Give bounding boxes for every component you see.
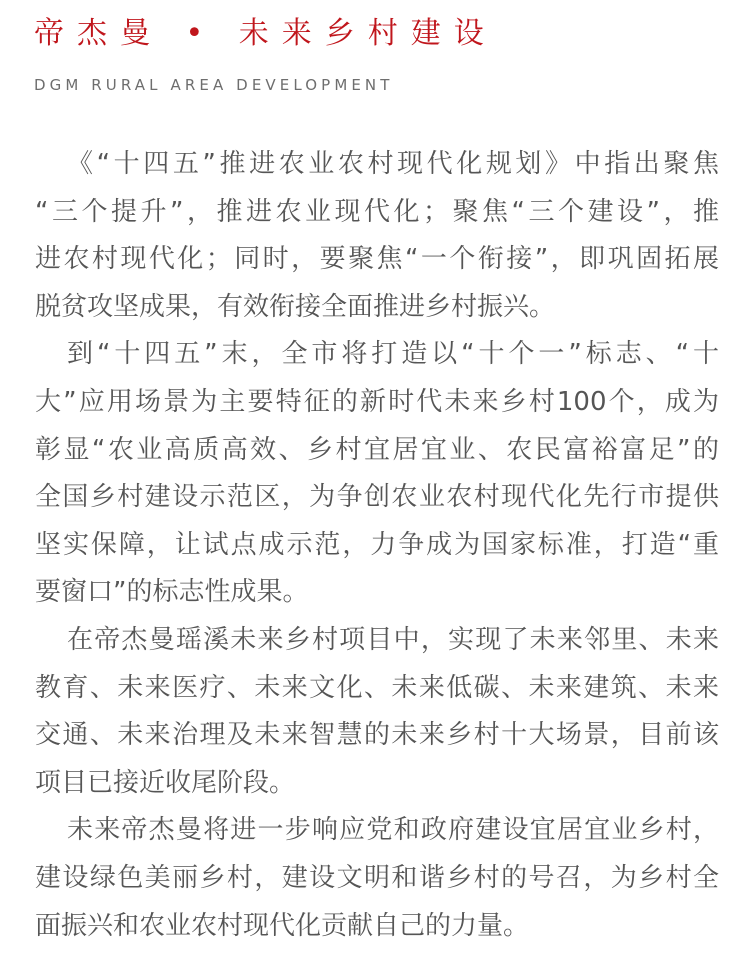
text-line: 建设绿色美丽乡村，建设文明和谐乡村的号召，为乡村全 xyxy=(35,855,719,903)
text-line: 彰显“农业高质高效、乡村宜居宜业、农民富裕富足”的 xyxy=(35,427,719,475)
paragraph-1: 《“十四五”推进农业农村现代化规划》中指出聚焦 “三个提升”，推进农业现代化；聚… xyxy=(35,141,719,331)
text-line: 大”应用场景为主要特征的新时代未来乡村100个，成为 xyxy=(35,379,719,427)
text-line: 在帝杰曼瑶溪未来乡村项目中，实现了未来邻里、未来 xyxy=(35,617,719,665)
text-line: 进农村现代化；同时，要聚焦“一个衔接”，即巩固拓展 xyxy=(35,236,719,284)
text-line: “三个提升”，推进农业现代化；聚焦“三个建设”，推 xyxy=(35,189,719,237)
text-line: 教育、未来医疗、未来文化、未来低碳、未来建筑、未来 xyxy=(35,665,719,713)
text-line: 要窗口”的标志性成果。 xyxy=(35,569,719,617)
text-line: 未来帝杰曼将进一步响应党和政府建设宜居宜业乡村， xyxy=(35,807,719,855)
header: 帝杰曼 • 未来乡村建设 DGM RURAL AREA DEVELOPMENT xyxy=(34,14,497,94)
text-line: 全国乡村建设示范区，为争创农业农村现代化先行市提供 xyxy=(35,474,719,522)
paragraph-2: 到“十四五”末，全市将打造以“十个一”标志、“十 大”应用场景为主要特征的新时代… xyxy=(35,331,719,617)
text-line: 项目已接近收尾阶段。 xyxy=(35,760,719,808)
text-line: 交通、未来治理及未来智慧的未来乡村十大场景，目前该 xyxy=(35,712,719,760)
text-line: 坚实保障，让试点成示范，力争成为国家标准，打造“重 xyxy=(35,522,719,570)
page-subtitle: DGM RURAL AREA DEVELOPMENT xyxy=(34,76,497,94)
text-line: 《“十四五”推进农业农村现代化规划》中指出聚焦 xyxy=(35,141,719,189)
article-body: 《“十四五”推进农业农村现代化规划》中指出聚焦 “三个提升”，推进农业现代化；聚… xyxy=(35,141,719,950)
paragraph-3: 在帝杰曼瑶溪未来乡村项目中，实现了未来邻里、未来 教育、未来医疗、未来文化、未来… xyxy=(35,617,719,807)
paragraph-4: 未来帝杰曼将进一步响应党和政府建设宜居宜业乡村， 建设绿色美丽乡村，建设文明和谐… xyxy=(35,807,719,950)
text-line: 脱贫攻坚成果，有效衔接全面推进乡村振兴。 xyxy=(35,284,719,332)
text-line: 到“十四五”末，全市将打造以“十个一”标志、“十 xyxy=(35,331,719,379)
text-line: 面振兴和农业农村现代化贡献自己的力量。 xyxy=(35,903,719,951)
page-title: 帝杰曼 • 未来乡村建设 xyxy=(34,14,497,54)
